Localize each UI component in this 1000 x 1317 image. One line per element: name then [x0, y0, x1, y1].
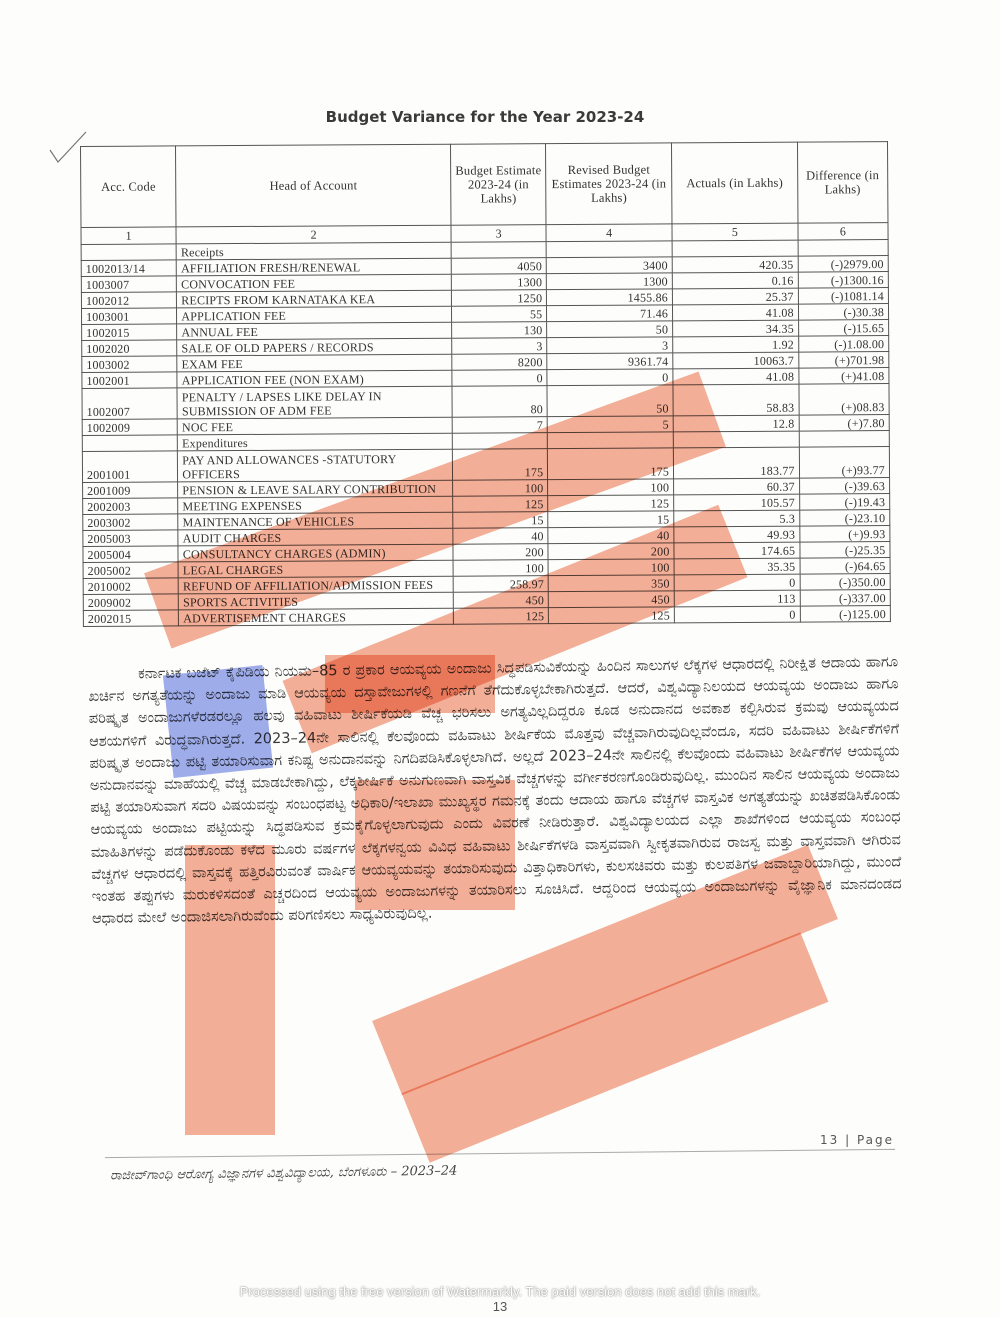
revised-estimate-cell: 9361.74	[547, 353, 673, 370]
head-of-account-cell: MAINTENANCE OF VEHICLES	[178, 512, 453, 530]
head-of-account-cell: AFFILIATION FRESH/RENEWAL	[176, 258, 451, 276]
difference-cell: (+)08.83	[799, 384, 889, 416]
revised-estimate-cell: 50	[547, 385, 673, 417]
budget-estimate-cell: 8200	[452, 354, 547, 371]
revised-estimate-cell: 71.46	[547, 305, 673, 322]
actuals-cell: 0.16	[672, 272, 798, 289]
revised-estimate-cell: 50	[547, 321, 673, 338]
head-of-account-cell: LEGAL CHARGES	[178, 560, 453, 578]
head-of-account-cell: APPLICATION FEE (NON EXAM)	[177, 370, 452, 388]
head-of-account-cell: CONVOCATION FEE	[177, 274, 452, 292]
head-of-account-cell: CONSULTANCY CHARGES (ADMIN)	[178, 544, 453, 562]
table-row: 2001001PAY AND ALLOWANCES -STATUTORY OFF…	[82, 447, 889, 483]
head-of-account-cell: ANNUAL FEE	[177, 322, 452, 340]
budget-estimate-cell: 40	[453, 528, 548, 545]
revised-estimate-cell: 15	[548, 511, 674, 528]
budget-estimate-cell: 1300	[451, 274, 546, 291]
difference-cell: (-)1.08.00	[798, 336, 888, 353]
difference-cell: (-)1081.14	[798, 288, 888, 305]
table-header-row: Acc. Code Head of Account Budget Estimat…	[81, 142, 888, 228]
actuals-cell: 60.37	[674, 478, 800, 495]
budget-estimate-cell: 130	[452, 322, 547, 339]
acc-code-cell: 1002009	[82, 419, 177, 436]
head-of-account-cell: PENALTY / LAPSES LIKE DELAY IN SUBMISSIO…	[177, 386, 452, 419]
actuals-cell: 0	[674, 606, 800, 623]
document-title: Budget Variance for the Year 2023-24	[0, 108, 970, 126]
budget-estimate-cell: 125	[453, 608, 548, 625]
revised-estimate-cell: 100	[548, 559, 674, 576]
acc-code-cell: 1002020	[82, 340, 177, 357]
budget-estimate-cell: 80	[452, 386, 547, 418]
budget-estimate-cell: 4050	[451, 258, 546, 275]
difference-cell: (-)2979.00	[798, 256, 888, 273]
actuals-cell: 10063.7	[673, 352, 799, 369]
difference-cell: (-)30.38	[798, 304, 888, 321]
budget-variance-table: Acc. Code Head of Account Budget Estimat…	[80, 141, 891, 627]
revised-estimate-cell: 100	[548, 479, 674, 496]
difference-cell: (-)39.63	[799, 478, 889, 495]
head-of-account-cell: NOC FEE	[177, 417, 452, 435]
head-of-account-cell: SPORTS ACTIVITIES	[179, 592, 454, 610]
actuals-cell: 420.35	[672, 256, 798, 273]
actuals-cell: 34.35	[673, 320, 799, 337]
head-of-account-cell: SALE OF OLD PAPERS / RECORDS	[177, 338, 452, 356]
revised-estimate-cell: 3400	[547, 257, 673, 274]
column-number: 4	[546, 224, 672, 242]
header-head-of-account: Head of Account	[176, 144, 451, 227]
page-label: 13 | Page	[820, 1133, 894, 1147]
revised-estimate-cell: 5	[547, 416, 673, 433]
difference-cell: (-)125.00	[800, 606, 890, 623]
acc-code-cell: 1002015	[82, 324, 177, 341]
budget-estimate-cell: 1250	[451, 290, 546, 307]
column-number: 2	[176, 225, 451, 244]
actuals-cell: 58.83	[673, 384, 799, 416]
difference-cell: (-)1300.16	[798, 272, 888, 289]
revised-estimate-cell: 175	[548, 448, 674, 480]
difference-cell: (-)19.43	[799, 494, 889, 511]
column-number: 3	[451, 225, 546, 243]
column-number: 1	[81, 227, 176, 245]
budget-estimate-cell: 0	[452, 370, 547, 387]
revised-estimate-cell: 125	[549, 607, 675, 624]
acc-code-cell: 2001001	[82, 451, 177, 483]
header-difference: Difference (in Lakhs)	[797, 142, 888, 224]
acc-code-cell: 1002012	[81, 292, 176, 309]
revised-estimate-cell: 1455.86	[547, 289, 673, 306]
head-of-account-cell: PAY AND ALLOWANCES -STATUTORY OFFICERS	[178, 449, 453, 482]
acc-code-cell: 1003007	[81, 276, 176, 293]
budget-estimate-cell: 3	[452, 338, 547, 355]
header-acc-code: Acc. Code	[81, 146, 177, 228]
difference-cell: (-)25.35	[800, 542, 890, 559]
kannada-paragraph-block: ಕರ್ನಾಟಕ ಬಜೆಟ್ ಕೈಪಿಡಿಯ ನಿಯಮ–85 ರ ಪ್ರಕಾರ ಆ…	[88, 651, 902, 930]
difference-cell: (-)350.00	[800, 574, 890, 591]
section-label: Receipts	[176, 242, 451, 260]
acc-code-cell: 1002013/14	[81, 260, 176, 277]
budget-estimate-cell: 125	[453, 496, 548, 513]
head-of-account-cell: RECIPTS FROM KARNATAKA KEA	[177, 290, 452, 308]
budget-estimate-cell: 7	[452, 417, 547, 434]
difference-cell: (+)701.98	[799, 352, 889, 369]
actuals-cell: 105.57	[674, 494, 800, 511]
revised-estimate-cell: 0	[547, 369, 673, 386]
revised-estimate-cell: 1300	[547, 273, 673, 290]
head-of-account-cell: APPLICATION FEE	[177, 306, 452, 324]
table-row: 1002007PENALTY / LAPSES LIKE DELAY IN SU…	[82, 384, 889, 420]
head-of-account-cell: REFUND OF AFFILIATION/ADMISSION FEES	[178, 576, 453, 594]
footer-text: ರಾಜೀವ್‌ಗಾಂಧಿ ಆರೋಗ್ಯ ವಿಜ್ಞಾನಗಳ ವಿಶ್ವವಿದ್ಯ…	[110, 1164, 458, 1184]
section-label: Expenditures	[178, 433, 453, 451]
budget-estimate-cell: 100	[453, 560, 548, 577]
difference-cell: (-)15.65	[798, 320, 888, 337]
difference-cell: (-)337.00	[800, 590, 890, 607]
acc-code-cell: 1003002	[82, 356, 177, 373]
actuals-cell: 1.92	[673, 336, 799, 353]
difference-cell: (+)9.93	[800, 526, 890, 543]
actuals-cell: 49.93	[674, 526, 800, 543]
acc-code-cell: 2005003	[83, 530, 178, 547]
budget-estimate-cell: 100	[453, 480, 548, 497]
difference-cell: (+)7.80	[799, 415, 889, 432]
budget-estimate-cell: 450	[453, 592, 548, 609]
column-number: 6	[798, 223, 888, 241]
actuals-cell: 35.35	[674, 558, 800, 575]
difference-cell: (-)23.10	[799, 510, 889, 527]
actuals-cell: 183.77	[673, 447, 799, 479]
head-of-account-cell: PENSION & LEAVE SALARY CONTRIBUTION	[178, 480, 453, 498]
revised-estimate-cell: 40	[548, 527, 674, 544]
revised-estimate-cell: 200	[548, 543, 674, 560]
actuals-cell: 12.8	[673, 415, 799, 432]
budget-estimate-cell: 200	[453, 544, 548, 561]
revised-estimate-cell: 3	[547, 337, 673, 354]
footer-divider	[105, 1149, 895, 1158]
difference-cell: (+)41.08	[799, 368, 889, 385]
actuals-cell: 174.65	[674, 542, 800, 559]
acc-code-cell: 2010002	[83, 578, 178, 595]
acc-code-cell: 1002007	[82, 388, 177, 420]
acc-code-cell: 2002015	[83, 610, 178, 627]
header-budget-estimate: Budget Estimate 2023-24 (in Lakhs)	[451, 144, 547, 226]
column-number: 5	[672, 223, 798, 241]
budget-estimate-cell: 258.97	[453, 576, 548, 593]
difference-cell: (+)93.77	[799, 447, 889, 479]
difference-cell: (-)64.65	[800, 558, 890, 575]
head-of-account-cell: ADVERTISEMENT CHARGES	[179, 608, 454, 626]
bottom-page-number: 13	[0, 1299, 1000, 1314]
acc-code-cell: 1002001	[82, 372, 177, 389]
actuals-cell: 113	[674, 590, 800, 607]
revised-estimate-cell: 125	[548, 495, 674, 512]
acc-code-cell: 2005002	[83, 562, 178, 579]
watermark-text: Processed using the free version of Wate…	[0, 1284, 1000, 1299]
acc-code-cell: 2003002	[83, 514, 178, 531]
acc-code-cell: 2005004	[83, 546, 178, 563]
revised-estimate-cell: 450	[549, 591, 675, 608]
head-of-account-cell: AUDIT CHARGES	[178, 528, 453, 546]
actuals-cell: 41.08	[673, 368, 799, 385]
budget-estimate-cell: 55	[452, 306, 547, 323]
head-of-account-cell: EXAM FEE	[177, 354, 452, 372]
budget-estimate-cell: 175	[452, 449, 547, 481]
head-of-account-cell: MEETING EXPENSES	[178, 496, 453, 514]
budget-estimate-cell: 15	[453, 512, 548, 529]
body-paragraph: ಕರ್ನಾಟಕ ಬಜೆಟ್ ಕೈಪಿಡಿಯ ನಿಯಮ–85 ರ ಪ್ರಕಾರ ಆ…	[88, 651, 902, 930]
acc-code-cell: 2009002	[83, 594, 178, 611]
header-actuals: Actuals (in Lakhs)	[672, 142, 798, 224]
actuals-cell: 25.37	[672, 288, 798, 305]
header-revised-budget: Revised Budget Estimates 2023-24 (in Lak…	[546, 143, 672, 225]
red-highlight-overlay	[402, 932, 829, 1163]
acc-code-cell: 1003001	[81, 308, 176, 325]
acc-code-cell: 2002003	[83, 498, 178, 515]
acc-code-cell: 2001009	[83, 482, 178, 499]
actuals-cell: 41.08	[673, 304, 799, 321]
actuals-cell: 5.3	[674, 510, 800, 527]
actuals-cell: 0	[674, 574, 800, 591]
revised-estimate-cell: 350	[548, 575, 674, 592]
